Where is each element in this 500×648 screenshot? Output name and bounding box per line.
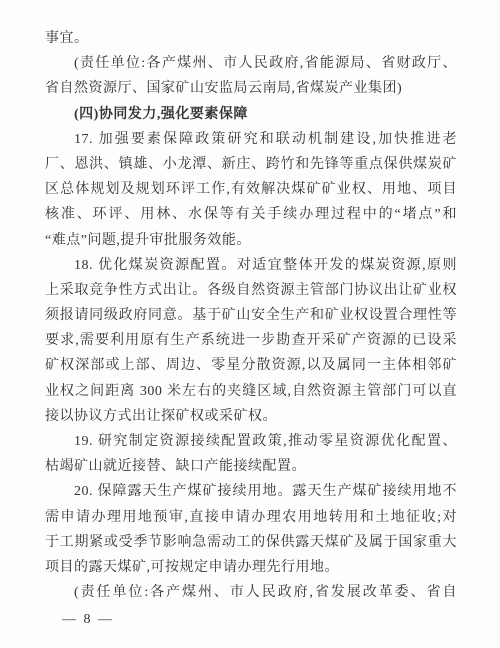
text-line: (责任单位:各产煤州、市人民政府,省能源局、省财政厅、 — [45, 51, 457, 76]
text-line: 接以协议方式出让探矿权或采矿权。 — [45, 404, 457, 429]
page-number: — 8 — — [45, 607, 457, 632]
text-line: 20. 保障露天生产煤矿接续用地。露天生产煤矿接续用地不 — [45, 479, 457, 504]
text-line: 要求,需要利用原有生产系统进一步勘查开采矿产资源的已设采 — [45, 328, 457, 353]
text-line: 矿权深部或上部、周边、零星分散资源,以及属同一主体相邻矿 — [45, 353, 457, 378]
text-line: 业权之间距离 300 米左右的夹缝区域,自然资源主管部门可以直 — [45, 379, 457, 404]
text-line: “难点”问题,提升审批服务效能。 — [45, 228, 457, 253]
text-line: 须报请同级政府同意。基于矿山安全生产和矿业权设置合理性等 — [45, 303, 457, 328]
text-line: 上采取竞争性方式出让。各级自然资源主管部门协议出让矿业权 — [45, 278, 457, 303]
text-line: 事宜。 — [45, 26, 457, 51]
text-line: 18. 优化煤炭资源配置。对适宜整体开发的煤炭资源,原则 — [45, 253, 457, 278]
text-line: 需申请办理用地预审,直接申请办理农用地转用和土地征收;对 — [45, 505, 457, 530]
text-line: 省自然资源厅、国家矿山安监局云南局,省煤炭产业集团) — [45, 76, 457, 101]
section-heading-line: (四)协同发力,强化要素保障 — [45, 102, 457, 127]
text-line: 枯竭矿山就近接替、缺口产能接续配置。 — [45, 454, 457, 479]
text-line: 19. 研究制定资源接续配置政策,推动零星资源优化配置、 — [45, 429, 457, 454]
text-line: (责任单位:各产煤州、市人民政府,省发展改革委、省自 — [45, 580, 457, 605]
text-line: 厂、恩洪、镇雄、小龙潭、新庄、跨竹和先锋等重点保供煤炭矿 — [45, 152, 457, 177]
text-line: 区总体规划及规划环评工作,有效解决煤矿矿业权、用地、项目 — [45, 177, 457, 202]
text-line: 核准、环评、用林、水保等有关手续办理过程中的“堵点”和 — [45, 202, 457, 227]
document-page: 事宜。(责任单位:各产煤州、市人民政府,省能源局、省财政厅、省自然资源厅、国家矿… — [0, 0, 500, 648]
text-line: 17. 加强要素保障政策研究和联动机制建设,加快推进老 — [45, 127, 457, 152]
document-body: 事宜。(责任单位:各产煤州、市人民政府,省能源局、省财政厅、省自然资源厅、国家矿… — [45, 26, 457, 605]
text-line: 于工期紧或受季节影响急需动工的保供露天煤矿及属于国家重大 — [45, 530, 457, 555]
text-line: 项目的露天煤矿,可按规定申请办理先行用地。 — [45, 555, 457, 580]
